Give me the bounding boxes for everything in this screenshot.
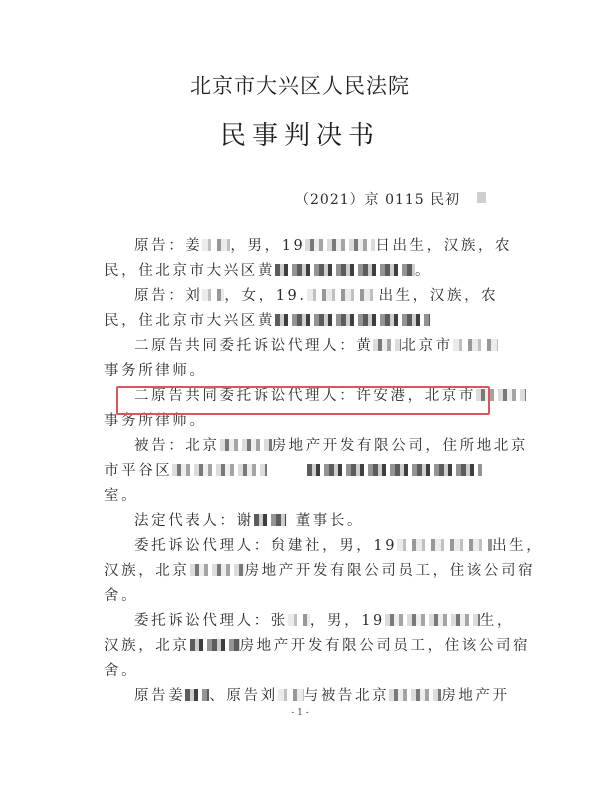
paragraph-plaintiff-2-line-1: 原告：刘，女，19.出生，汉族，农 <box>104 284 496 309</box>
text: 舍。 <box>104 588 138 604</box>
redaction-mark <box>202 289 224 301</box>
text: ，男，19 <box>310 613 385 629</box>
paragraph-case-summary-line-1: 原告姜、原告刘与被告北京房地产开 <box>104 684 496 709</box>
paragraph-defendant-agent-1-line-3: 舍。 <box>104 584 496 609</box>
paragraph-legal-representative: 法定代表人：谢董事长。 <box>104 509 496 534</box>
paragraph-agent-1-line-2: 事务所律师。 <box>104 359 496 384</box>
text: 北京市 <box>401 338 452 354</box>
paragraph-agent-2-line-1-highlighted: 二原告共同委托诉讼代理人：许安港，北京市 <box>104 384 496 409</box>
redaction-mark <box>373 339 401 351</box>
redaction-mark <box>190 564 245 576</box>
paragraph-defendant-agent-1-line-2: 汉族，北京房地产开发有限公司员工，住该公司宿 <box>104 559 496 584</box>
paragraph-plaintiff-1-line-2: 民，住北京市大兴区黄。 <box>104 259 496 284</box>
text: 民，住北京市大兴区黄 <box>104 313 275 329</box>
text: 董事长。 <box>296 513 364 529</box>
redaction-mark <box>254 514 286 526</box>
redaction-mark <box>307 289 379 301</box>
text: ，女，19. <box>224 288 306 304</box>
text: 事务所律师。 <box>104 363 207 379</box>
redaction-mark <box>278 689 304 701</box>
text: 房地产开发有限公司，住所地北京 <box>272 438 529 454</box>
redaction-mark <box>220 439 272 451</box>
paragraph-defendant-agent-2-line-3: 舍。 <box>104 659 496 684</box>
text: 汉族，北京 <box>104 638 190 654</box>
redaction-mark <box>385 614 480 626</box>
text: ，男，19 <box>230 238 305 254</box>
paragraph-defendant-agent-1-line-1: 委托诉讼代理人：贠建社，男，19出生， <box>104 534 496 559</box>
paragraph-defendant-line-1: 被告：北京房地产开发有限公司，住所地北京 <box>104 434 496 459</box>
redaction-mark <box>185 689 209 701</box>
case-number: （2021）京 0115 民初 <box>295 189 460 209</box>
text: 、原告刘 <box>209 688 277 704</box>
court-name: 北京市大兴区人民法院 <box>0 70 600 100</box>
text: 委托诉讼代理人：贠建社，男，19 <box>134 538 397 554</box>
paragraph-agent-2-line-2: 事务所律师。 <box>104 409 496 434</box>
text: 原告：姜 <box>134 238 202 254</box>
text: 房地产开发有限公司员工，住该公司宿 <box>240 638 531 654</box>
highlighted-text: 二原告共同委托诉讼代理人：许安港，北京市 <box>134 388 476 404</box>
redaction-mark <box>477 192 486 203</box>
text: 室。 <box>104 488 138 504</box>
redaction-mark <box>476 389 526 401</box>
paragraph-plaintiff-2-line-2: 民，住北京市大兴区黄 <box>104 309 496 334</box>
text: 法定代表人：谢 <box>134 513 254 529</box>
redaction-mark <box>190 639 240 651</box>
paragraph-plaintiff-1-line-1: 原告：姜，男，19日出生，汉族，农 <box>104 234 496 259</box>
text: 与被告北京 <box>304 688 390 704</box>
text: 生， <box>480 613 514 629</box>
text: 舍。 <box>104 663 138 679</box>
text: 市平谷区 <box>104 463 172 479</box>
document-type-title: 民事判决书 <box>0 115 600 152</box>
paragraph-agent-1-line-1: 二原告共同委托诉讼代理人：黄北京市 <box>104 334 496 359</box>
text: 民，住北京市大兴区黄 <box>104 263 275 279</box>
redaction-mark <box>275 264 415 276</box>
redaction-mark <box>275 314 430 326</box>
text: 二原告共同委托诉讼代理人：黄 <box>134 338 373 354</box>
redaction-mark <box>288 614 310 626</box>
redaction-mark <box>453 339 498 351</box>
redaction-mark <box>202 239 230 251</box>
page-number: - 1 - <box>0 708 600 718</box>
text: 出生， <box>492 538 543 554</box>
text: 出生，汉族，农 <box>379 288 499 304</box>
paragraph-defendant-line-2: 市平谷区 <box>104 459 496 484</box>
redaction-mark <box>305 239 375 251</box>
paragraph-defendant-agent-2-line-2: 汉族，北京房地产开发有限公司员工，住该公司宿 <box>104 634 496 659</box>
redaction-mark <box>307 464 482 476</box>
text: 委托诉讼代理人：张 <box>134 613 288 629</box>
paragraph-defendant-agent-2-line-1: 委托诉讼代理人：张，男，19生， <box>104 609 496 634</box>
document-body: 原告：姜，男，19日出生，汉族，农 民，住北京市大兴区黄。 原告：刘，女，19.… <box>104 234 496 709</box>
text: 事务所律师。 <box>104 413 207 429</box>
text: 汉族，北京 <box>104 563 190 579</box>
paragraph-defendant-line-3: 室。 <box>104 484 496 509</box>
redaction-mark <box>172 464 267 476</box>
text: 。 <box>415 263 432 279</box>
text: 日出生，汉族，农 <box>375 238 512 254</box>
text: 原告姜 <box>134 688 185 704</box>
text: 房地产开 <box>441 688 509 704</box>
redaction-mark <box>389 689 441 701</box>
text: 原告：刘 <box>134 288 202 304</box>
redaction-mark <box>397 539 492 551</box>
text: 被告：北京 <box>134 438 220 454</box>
text: 房地产开发有限公司员工，住该公司宿 <box>245 563 536 579</box>
